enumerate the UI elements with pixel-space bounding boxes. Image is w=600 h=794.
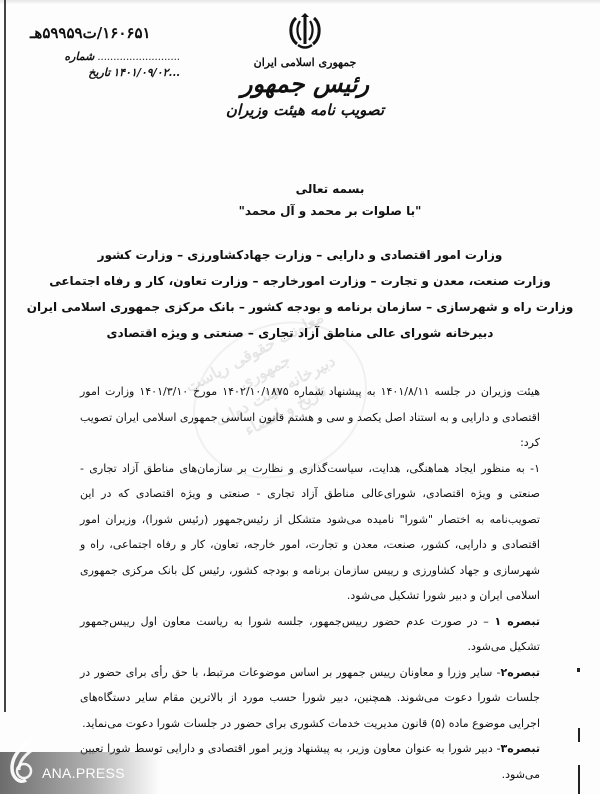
iran-emblem-icon [287,12,323,50]
document-body: بسمه تعالی "با صلوات بر محمد و آل محمد" … [80,178,540,787]
number-value: .......................... [97,52,180,63]
note-2-label: تبصره۲ [500,666,540,679]
reference-block: ۱۶۰۶۵۱/ت۵۹۹۵۹هـ ........................… [30,24,180,79]
number-line: .......................... شماره [30,50,180,63]
cabinet-resolution-title: تصویب نامه هیئت وزیران [220,101,390,119]
recipient-line: وزارت راه و شهرسازی – سازمان برنامه و بو… [20,294,580,320]
date-line: ...۱۴۰۱/۰۹/۰۲ تاریخ [30,66,180,79]
recipient-line: وزارت صنعت، معدن و تجارت – وزارت امورخار… [20,268,580,294]
recipient-line: وزارت امور اقتصادی و دارایی – وزارت جهاد… [20,242,580,268]
edge-mark [578,728,580,742]
republic-title: جمهوری اسلامی ایران [220,56,390,69]
article-1: ۱- به منظور ایجاد هماهنگی، هدایت، سیاست‌… [80,456,540,609]
ana-press-text: ANA.PRESS [42,765,125,781]
date-label: تاریخ [88,66,110,79]
edge-mark [578,765,580,794]
note-1-label: تبصره ۱ [494,615,540,628]
recipients-list: وزارت امور اقتصادی و دارایی – وزارت جهاد… [20,242,580,346]
recipient-line: دبیرخانه شورای عالی مناطق آزاد تجاری – ص… [20,320,580,346]
document-page: ۱۶۰۶۵۱/ت۵۹۹۵۹هـ ........................… [0,0,600,794]
note-2: تبصره۲- سایر وزرا و معاونان رییس جمهور ب… [80,660,540,737]
ana-logo-icon [6,740,36,786]
note-1-text: – در صورت عدم حضور رییس‌جمهور، جلسه شورا… [80,615,540,654]
date-value: ...۱۴۰۱/۰۹/۰۲ [113,66,180,79]
note-3-label: تبصره۳ [500,742,540,755]
letterhead: جمهوری اسلامی ایران رئیس جمهور تصویب نام… [220,12,390,119]
scan-top-edge [0,0,600,4]
note-1: تبصره ۱ – در صورت عدم حضور رییس‌جمهور، ج… [80,609,540,660]
president-title: رئیس جمهور [220,71,390,97]
edge-mark [577,668,580,672]
letter-number: ۱۶۰۶۵۱/ت۵۹۹۵۹هـ [30,24,180,42]
salutation-line-1: بسمه تعالی [80,178,580,200]
note-2-text: - سایر وزرا و معاونان رییس جمهور بر اساس… [80,666,540,730]
salutation: بسمه تعالی "با صلوات بر محمد و آل محمد" [80,178,580,222]
number-label: شماره [64,50,94,63]
salutation-line-2: "با صلوات بر محمد و آل محمد" [80,200,580,222]
left-margin-rule [4,0,6,712]
intro-paragraph: هیئت وزیران در جلسه ۱۴۰۱/۸/۱۱ به پیشنهاد… [80,379,540,456]
